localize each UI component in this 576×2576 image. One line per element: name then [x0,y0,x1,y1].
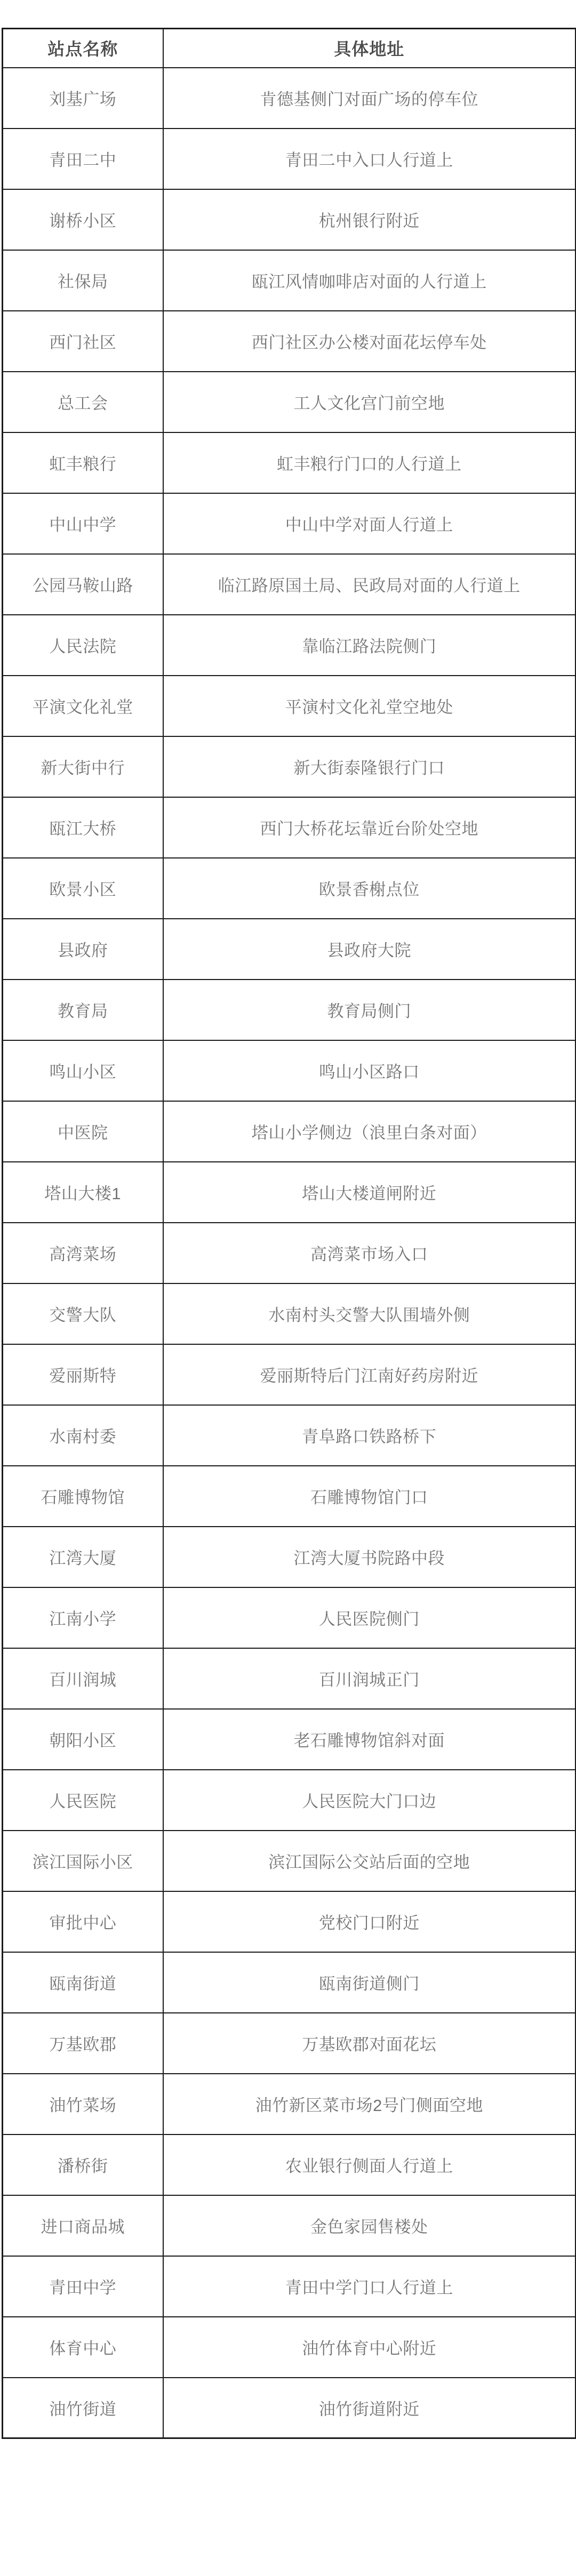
table-row: 朝阳小区老石雕博物馆斜对面 [3,1709,576,1770]
station-name-cell: 社保局 [3,250,163,311]
table-row: 社保局瓯江风情咖啡店对面的人行道上 [3,250,576,311]
station-address-cell: 瓯江风情咖啡店对面的人行道上 [163,250,576,311]
table-row: 江湾大厦江湾大厦书院路中段 [3,1527,576,1587]
station-address-cell: 青田中学门口人行道上 [163,2256,576,2317]
table-row: 滨江国际小区滨江国际公交站后面的空地 [3,1831,576,1891]
station-name-cell: 虹丰粮行 [3,432,163,493]
table-row: 江南小学人民医院侧门 [3,1587,576,1648]
table-row: 万基欧郡万基欧郡对面花坛 [3,2013,576,2074]
station-address-cell: 江湾大厦书院路中段 [163,1527,576,1587]
station-name-cell: 平演文化礼堂 [3,676,163,736]
table-row: 瓯江大桥西门大桥花坛靠近台阶处空地 [3,797,576,858]
table-row: 刘基广场肯德基侧门对面广场的停车位 [3,68,576,129]
station-address-cell: 油竹街道附近 [163,2378,576,2438]
station-name-cell: 审批中心 [3,1891,163,1952]
station-name-cell: 高湾菜场 [3,1223,163,1283]
table-row: 新大街中行新大街泰隆银行门口 [3,736,576,797]
table-row: 中医院塔山小学侧边（浪里白条对面） [3,1101,576,1162]
station-address-cell: 老石雕博物馆斜对面 [163,1709,576,1770]
station-name-cell: 人民法院 [3,615,163,676]
table-row: 青田二中青田二中入口人行道上 [3,129,576,189]
station-address-cell: 杭州银行附近 [163,189,576,250]
table-row: 瓯南街道瓯南街道侧门 [3,1952,576,2013]
table-row: 西门社区西门社区办公楼对面花坛停车处 [3,311,576,372]
table-row: 审批中心党校门口附近 [3,1891,576,1952]
station-name-cell: 瓯江大桥 [3,797,163,858]
station-address-cell: 肯德基侧门对面广场的停车位 [163,68,576,129]
table-row: 油竹街道油竹街道附近 [3,2378,576,2438]
station-address-cell: 滨江国际公交站后面的空地 [163,1831,576,1891]
table-row: 平演文化礼堂平演村文化礼堂空地处 [3,676,576,736]
station-address-cell: 县政府大院 [163,919,576,980]
station-address-cell: 鸣山小区路口 [163,1040,576,1101]
table-row: 进口商品城金色家园售楼处 [3,2195,576,2256]
station-name-cell: 教育局 [3,980,163,1040]
station-name-cell: 西门社区 [3,311,163,372]
table-row: 鸣山小区鸣山小区路口 [3,1040,576,1101]
station-address-cell: 临江路原国土局、民政局对面的人行道上 [163,554,576,615]
station-address-cell: 瓯南街道侧门 [163,1952,576,2013]
station-name-cell: 青田中学 [3,2256,163,2317]
station-name-cell: 滨江国际小区 [3,1831,163,1891]
table-row: 中山中学中山中学对面人行道上 [3,493,576,554]
station-address-cell: 中山中学对面人行道上 [163,493,576,554]
station-name-cell: 体育中心 [3,2317,163,2378]
station-name-cell: 朝阳小区 [3,1709,163,1770]
station-address-cell: 人民医院大门口边 [163,1770,576,1831]
station-address-cell: 高湾菜市场入口 [163,1223,576,1283]
station-table-container: 站点名称 具体地址 刘基广场肯德基侧门对面广场的停车位青田二中青田二中入口人行道… [2,28,575,2439]
table-row: 教育局教育局侧门 [3,980,576,1040]
station-address-cell: 教育局侧门 [163,980,576,1040]
station-name-cell: 爱丽斯特 [3,1344,163,1405]
station-name-cell: 百川润城 [3,1648,163,1709]
station-address-cell: 虹丰粮行门口的人行道上 [163,432,576,493]
station-name-cell: 油竹街道 [3,2378,163,2438]
station-name-cell: 油竹菜场 [3,2074,163,2134]
station-address-cell: 平演村文化礼堂空地处 [163,676,576,736]
station-name-cell: 人民医院 [3,1770,163,1831]
station-name-cell: 水南村委 [3,1405,163,1466]
station-name-cell: 刘基广场 [3,68,163,129]
column-header-station-name: 站点名称 [3,29,163,68]
station-address-cell: 西门社区办公楼对面花坛停车处 [163,311,576,372]
station-address-cell: 欧景香榭点位 [163,858,576,919]
table-row: 百川润城百川润城正门 [3,1648,576,1709]
station-address-cell: 工人文化宫门前空地 [163,372,576,432]
station-name-cell: 欧景小区 [3,858,163,919]
station-address-cell: 石雕博物馆门口 [163,1466,576,1527]
station-address-cell: 爱丽斯特后门江南好药房附近 [163,1344,576,1405]
table-row: 油竹菜场油竹新区菜市场2号门侧面空地 [3,2074,576,2134]
table-row: 谢桥小区杭州银行附近 [3,189,576,250]
station-name-cell: 总工会 [3,372,163,432]
station-name-cell: 公园马鞍山路 [3,554,163,615]
station-address-cell: 靠临江路法院侧门 [163,615,576,676]
table-row: 水南村委青阜路口铁路桥下 [3,1405,576,1466]
table-row: 虹丰粮行虹丰粮行门口的人行道上 [3,432,576,493]
station-name-cell: 江南小学 [3,1587,163,1648]
station-address-cell: 百川润城正门 [163,1648,576,1709]
table-row: 爱丽斯特爱丽斯特后门江南好药房附近 [3,1344,576,1405]
station-address-cell: 新大街泰隆银行门口 [163,736,576,797]
station-address-cell: 塔山大楼道闸附近 [163,1162,576,1223]
station-address-cell: 万基欧郡对面花坛 [163,2013,576,2074]
table-row: 人民医院人民医院大门口边 [3,1770,576,1831]
station-name-cell: 潘桥街 [3,2134,163,2195]
station-address-cell: 水南村头交警大队围墙外侧 [163,1283,576,1344]
station-address-cell: 人民医院侧门 [163,1587,576,1648]
header-row: 站点名称 具体地址 [3,29,576,68]
station-address-cell: 党校门口附近 [163,1891,576,1952]
station-name-cell: 万基欧郡 [3,2013,163,2074]
station-name-cell: 鸣山小区 [3,1040,163,1101]
station-address-cell: 塔山小学侧边（浪里白条对面） [163,1101,576,1162]
station-address-cell: 西门大桥花坛靠近台阶处空地 [163,797,576,858]
table-row: 人民法院靠临江路法院侧门 [3,615,576,676]
station-address-cell: 农业银行侧面人行道上 [163,2134,576,2195]
station-name-cell: 进口商品城 [3,2195,163,2256]
station-name-cell: 瓯南街道 [3,1952,163,2013]
station-name-cell: 石雕博物馆 [3,1466,163,1527]
station-name-cell: 谢桥小区 [3,189,163,250]
station-name-cell: 江湾大厦 [3,1527,163,1587]
station-name-cell: 中医院 [3,1101,163,1162]
table-row: 潘桥街农业银行侧面人行道上 [3,2134,576,2195]
station-name-cell: 新大街中行 [3,736,163,797]
table-row: 总工会工人文化宫门前空地 [3,372,576,432]
table-row: 青田中学青田中学门口人行道上 [3,2256,576,2317]
table-row: 石雕博物馆石雕博物馆门口 [3,1466,576,1527]
station-address-cell: 油竹体育中心附近 [163,2317,576,2378]
table-row: 体育中心油竹体育中心附近 [3,2317,576,2378]
station-name-cell: 县政府 [3,919,163,980]
table-row: 公园马鞍山路临江路原国土局、民政局对面的人行道上 [3,554,576,615]
table-body: 刘基广场肯德基侧门对面广场的停车位青田二中青田二中入口人行道上谢桥小区杭州银行附… [3,68,576,2438]
station-address-cell: 青田二中入口人行道上 [163,129,576,189]
station-name-cell: 青田二中 [3,129,163,189]
station-address-cell: 金色家园售楼处 [163,2195,576,2256]
table-row: 交警大队水南村头交警大队围墙外侧 [3,1283,576,1344]
station-address-cell: 青阜路口铁路桥下 [163,1405,576,1466]
table-row: 县政府县政府大院 [3,919,576,980]
station-name-cell: 中山中学 [3,493,163,554]
station-name-cell: 塔山大楼1 [3,1162,163,1223]
stations-table: 站点名称 具体地址 刘基广场肯德基侧门对面广场的停车位青田二中青田二中入口人行道… [2,28,576,2439]
table-row: 高湾菜场高湾菜市场入口 [3,1223,576,1283]
table-row: 塔山大楼1塔山大楼道闸附近 [3,1162,576,1223]
column-header-address: 具体地址 [163,29,576,68]
station-address-cell: 油竹新区菜市场2号门侧面空地 [163,2074,576,2134]
table-row: 欧景小区欧景香榭点位 [3,858,576,919]
station-name-cell: 交警大队 [3,1283,163,1344]
